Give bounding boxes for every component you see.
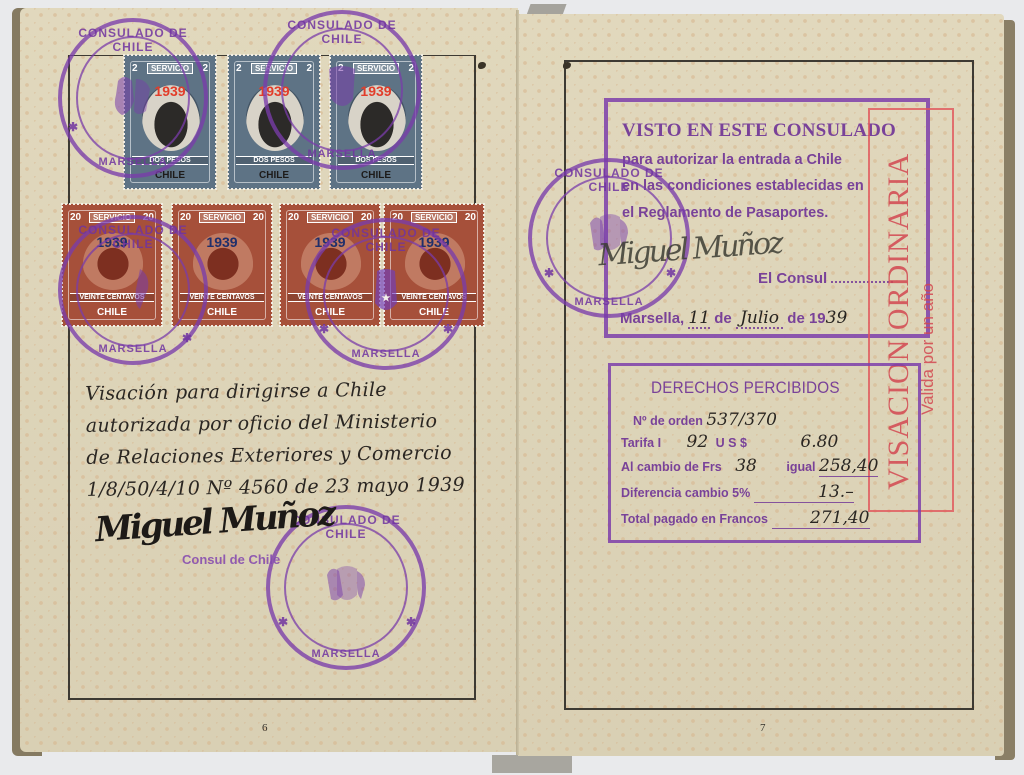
star-icon: ✱ [544,266,554,280]
coat-of-arms-icon [110,71,156,125]
svg-text:★: ★ [382,293,391,304]
exchange-difference-row: Diferencia cambio 5% 13.– [621,482,854,503]
consulate-seal: CONSULADO DE CHILE ✱ MARSELLA [58,18,208,178]
binding-gutter [516,10,519,755]
coat-of-arms-icon [319,63,365,117]
order-number-row: Nº de orden 537/370 [633,410,777,430]
derechos-title: DERECHOS PERCIBIDOS [651,378,840,398]
star-icon: ✱ [278,615,288,629]
tariff-row: Tarifa I 92 U S $ 6.80 [621,432,838,452]
handwritten-authorization-note: Visación para dirigirse a Chile autoriza… [85,372,507,506]
page-number: 7 [760,722,766,734]
derechos-percibidos-stamp: DERECHOS PERCIBIDOS Nº de orden 537/370 … [608,363,921,543]
visacion-validity: Valida por un año [918,283,938,415]
star-icon: ✱ [68,120,78,134]
star-icon: ✱ [443,322,453,336]
visa-date: Marsella, 11 de Julio de 1939 [620,308,847,328]
consul-title-stamp: Consul de Chile [182,552,280,567]
coat-of-arms-icon: ★ [363,267,409,321]
consulate-seal: CONSULADO DE CHILE ✱ MARSELLA [58,215,208,365]
coat-of-arms-icon [110,263,156,317]
visto-title: VISTO EN ESTE CONSULADO [622,120,896,142]
exchange-rate-row: Al cambio de Frs 38 igual 258,40 [621,456,878,477]
page-number: 6 [262,722,268,734]
star-icon: ✱ [406,615,416,629]
star-icon: ✱ [319,322,329,336]
total-paid-row: Total pagado en Francos 271,40 [621,508,870,529]
coat-of-arms-icon [323,561,369,615]
passport-scan: 2SERVICIO2 1939 DOS PESOS CHILE 2SERVICI… [0,0,1024,775]
consulate-seal: CONSULADO DE CHILE MARSELLA [263,10,421,170]
consulate-seal: CONSULADO DE CHILE ★ ✱ ✱ MARSELLA [305,218,467,370]
bookmark-tab-bottom [492,755,572,773]
